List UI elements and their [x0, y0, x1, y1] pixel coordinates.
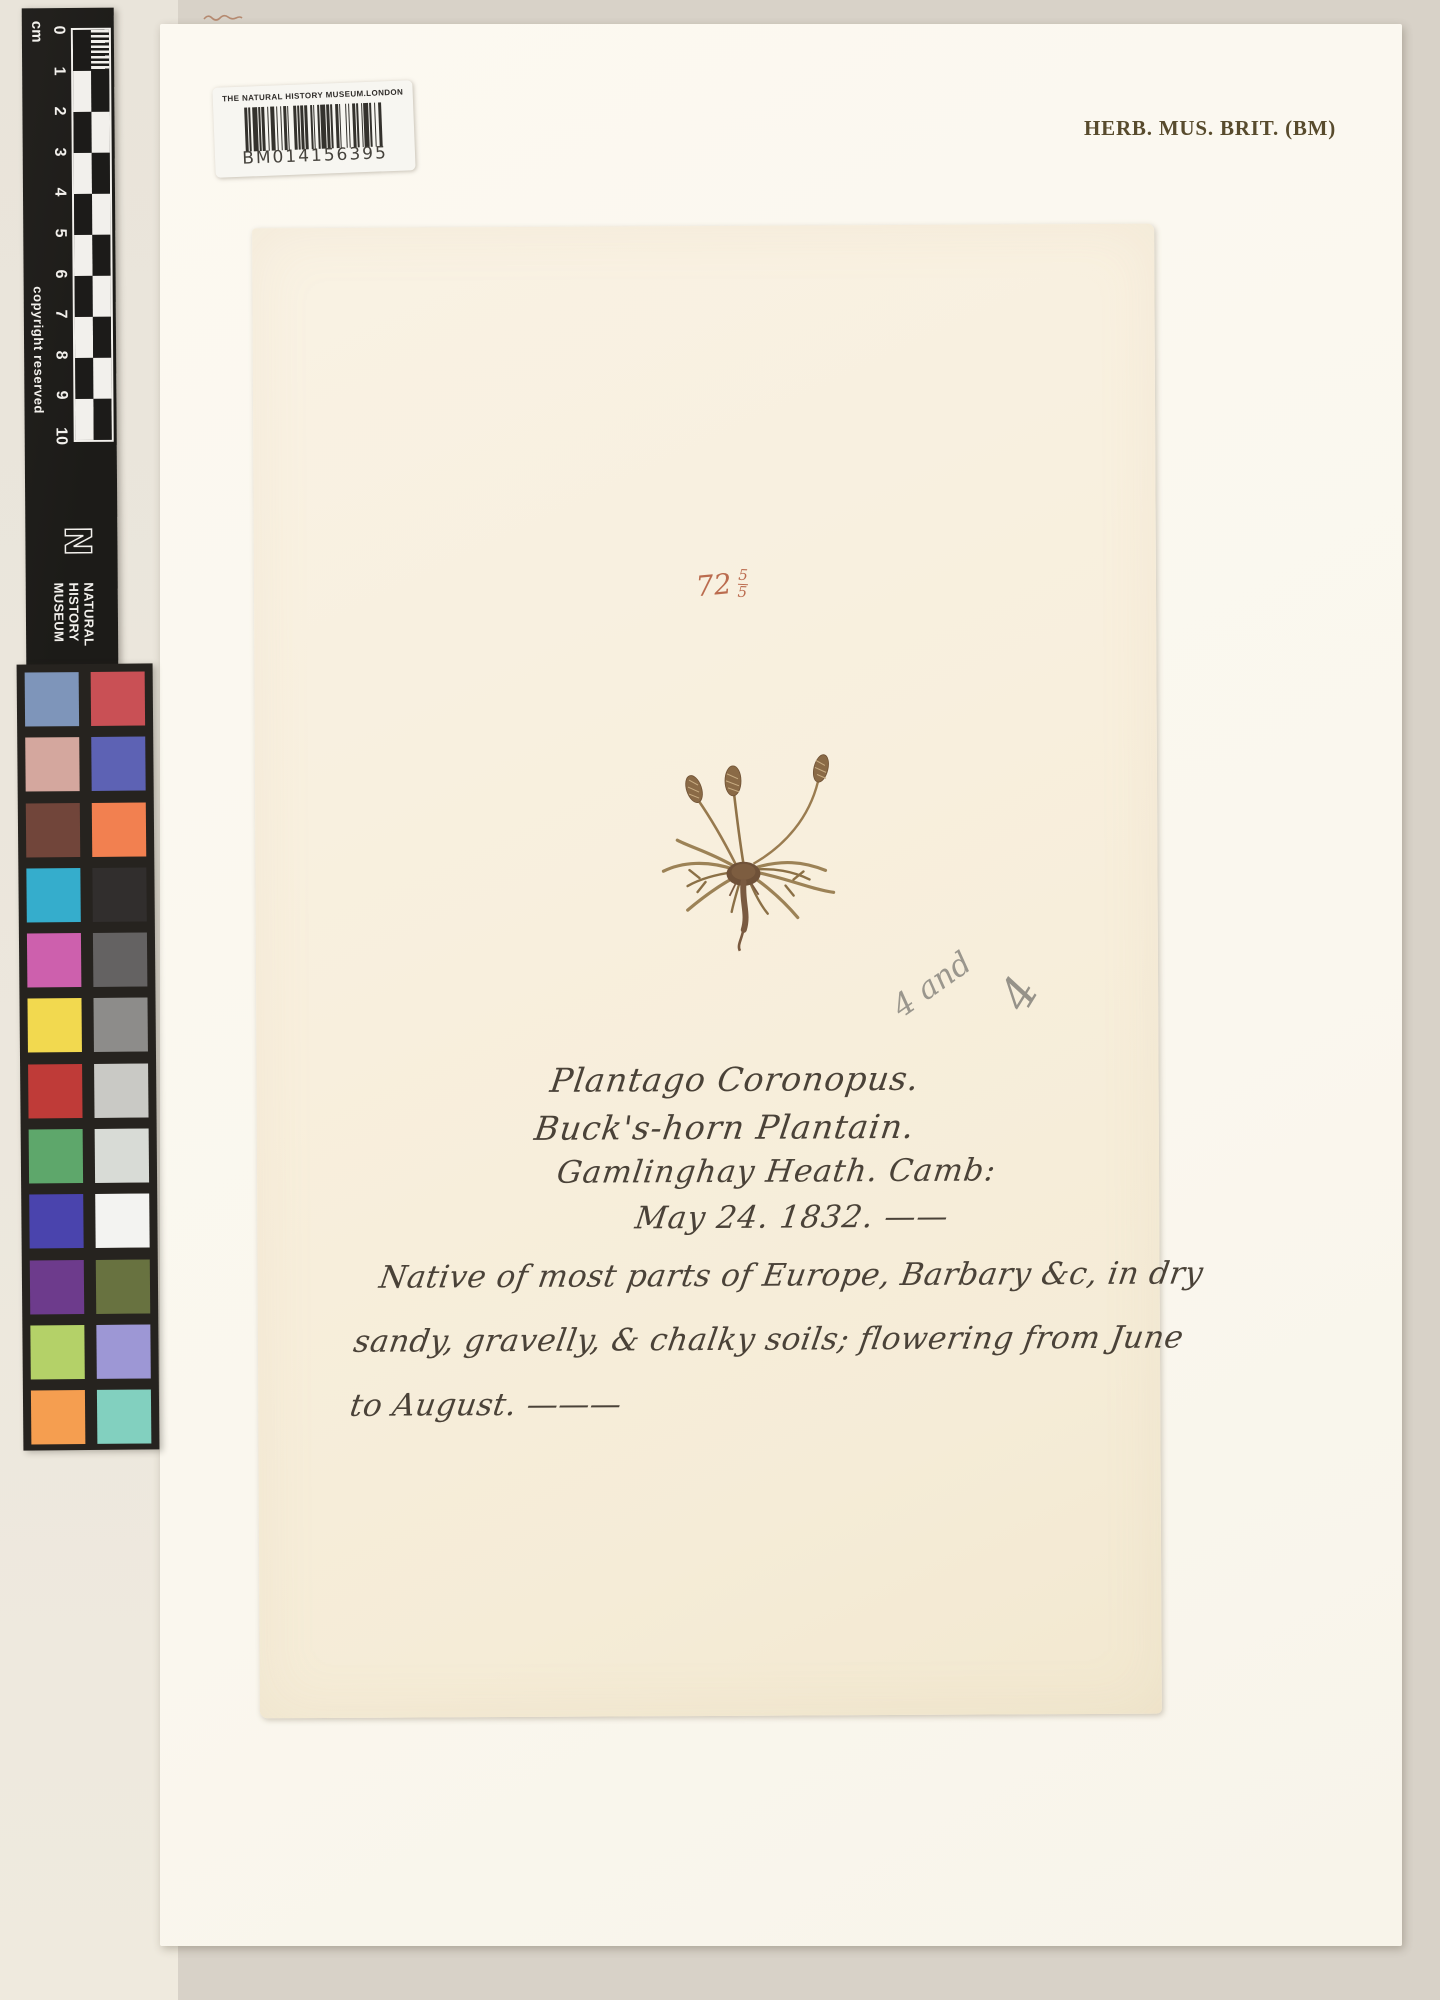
collection-number-fraction: 5 5	[737, 568, 748, 601]
color-swatch	[25, 672, 79, 726]
pencil-annotation-part1: 4 and	[886, 945, 979, 1025]
color-swatch	[25, 737, 79, 791]
color-swatch	[94, 1063, 148, 1117]
specimen-sheet: 72 5 5	[252, 224, 1162, 1719]
locality: Gamlinghay Heath. Camb:	[555, 1152, 999, 1190]
checker-cell	[73, 30, 91, 71]
checker-cell	[92, 235, 110, 276]
habitat-note-line1: Native of most parts of Europe, Barbary …	[377, 1255, 1206, 1295]
checker-cell	[92, 153, 110, 194]
color-swatch	[28, 1064, 82, 1118]
habitat-note-line3: to August. ———	[348, 1386, 625, 1423]
color-swatch	[91, 737, 145, 791]
copyright-text: copyright reserved	[30, 286, 47, 448]
color-calibration-chart	[17, 663, 160, 1450]
cm-unit-text: cm	[28, 20, 45, 42]
ruler-tick-label: 10	[49, 424, 73, 448]
nhm-name-line: HISTORY	[66, 582, 81, 646]
collection-number-main: 72	[694, 567, 733, 603]
color-swatch	[93, 998, 147, 1052]
color-swatch	[93, 933, 147, 987]
checker-cell	[75, 358, 93, 399]
color-swatch	[26, 803, 80, 857]
ruler-tick-label: 9	[48, 383, 72, 407]
color-swatch	[96, 1324, 150, 1378]
ruler-tick-label: 5	[47, 221, 71, 245]
ruler-tick-label: 4	[47, 180, 71, 204]
barcode-institution-text: THE NATURAL HISTORY MUSEUM.LONDON	[221, 87, 405, 103]
nhm-name-line: MUSEUM	[51, 582, 66, 646]
collection-number: 72 5 5	[694, 566, 748, 605]
collection-date: May 24. 1832. ——	[633, 1199, 951, 1237]
color-swatch	[31, 1390, 85, 1444]
color-swatch	[97, 1390, 151, 1444]
checker-cell	[75, 317, 93, 358]
ruler-tick-label: 1	[46, 59, 70, 83]
herbarium-stamp: HERB. MUS. BRIT. (BM)	[1084, 116, 1336, 141]
color-swatch	[29, 1194, 83, 1248]
svg-text:N: N	[56, 526, 97, 556]
checker-cell	[93, 317, 111, 358]
checker-cell	[91, 71, 109, 112]
scale-bar: cm 012345678910 copyright reserved N NAT…	[22, 8, 119, 667]
plant-specimen	[635, 749, 856, 958]
color-swatch	[27, 933, 81, 987]
ruler-tick-label: 8	[48, 343, 72, 367]
ruler-checker	[71, 28, 114, 442]
color-swatch	[27, 999, 81, 1053]
color-swatch	[92, 802, 146, 856]
ruler-tick-label: 0	[46, 18, 70, 42]
ruler-tick-label: 3	[47, 140, 71, 164]
checker-cell	[75, 276, 93, 317]
ruler-ticks: 012345678910	[22, 8, 114, 9]
color-swatch	[92, 867, 146, 921]
checker-cell	[93, 276, 111, 317]
checker-cell	[75, 399, 93, 440]
checker-cell	[74, 153, 92, 194]
nhm-logo-n-icon: N	[48, 511, 106, 571]
ruler-tick-label: 7	[48, 302, 72, 326]
color-swatch	[30, 1325, 84, 1379]
ruler-tick-label: 6	[47, 262, 71, 286]
barcode-label: THE NATURAL HISTORY MUSEUM.LONDON BM0141…	[212, 80, 415, 178]
color-swatch	[30, 1260, 84, 1314]
color-swatch	[95, 1129, 149, 1183]
checker-cell	[91, 112, 109, 153]
color-swatch	[26, 868, 80, 922]
checker-cell	[73, 112, 91, 153]
checker-cell	[91, 30, 109, 71]
color-swatch	[91, 671, 145, 725]
pencil-annotation-part2: 4	[988, 967, 1049, 1020]
checker-cell	[93, 399, 111, 440]
checker-cell	[93, 358, 111, 399]
color-swatch	[29, 1129, 83, 1183]
species-name: Plantago Coronopus.	[548, 1059, 922, 1100]
checker-cell	[92, 194, 110, 235]
nhm-name-line: NATURAL	[81, 582, 96, 646]
nhm-logo-text: NATURAL HISTORY MUSEUM	[32, 564, 117, 665]
color-swatch	[95, 1194, 149, 1248]
herbarium-scan: cm 012345678910 copyright reserved N NAT…	[0, 0, 1440, 2000]
checker-cell	[74, 194, 92, 235]
color-swatch	[96, 1259, 150, 1313]
ruler-tick-label: 2	[46, 99, 70, 123]
checker-cell	[74, 235, 92, 276]
barcode-gap	[381, 102, 384, 146]
common-name: Buck's-horn Plantain.	[532, 1107, 917, 1148]
checker-cell	[73, 71, 91, 112]
habitat-note-line2: sandy, gravelly, & chalky soils; floweri…	[351, 1319, 1186, 1359]
tiny-ink-mark	[202, 10, 244, 26]
